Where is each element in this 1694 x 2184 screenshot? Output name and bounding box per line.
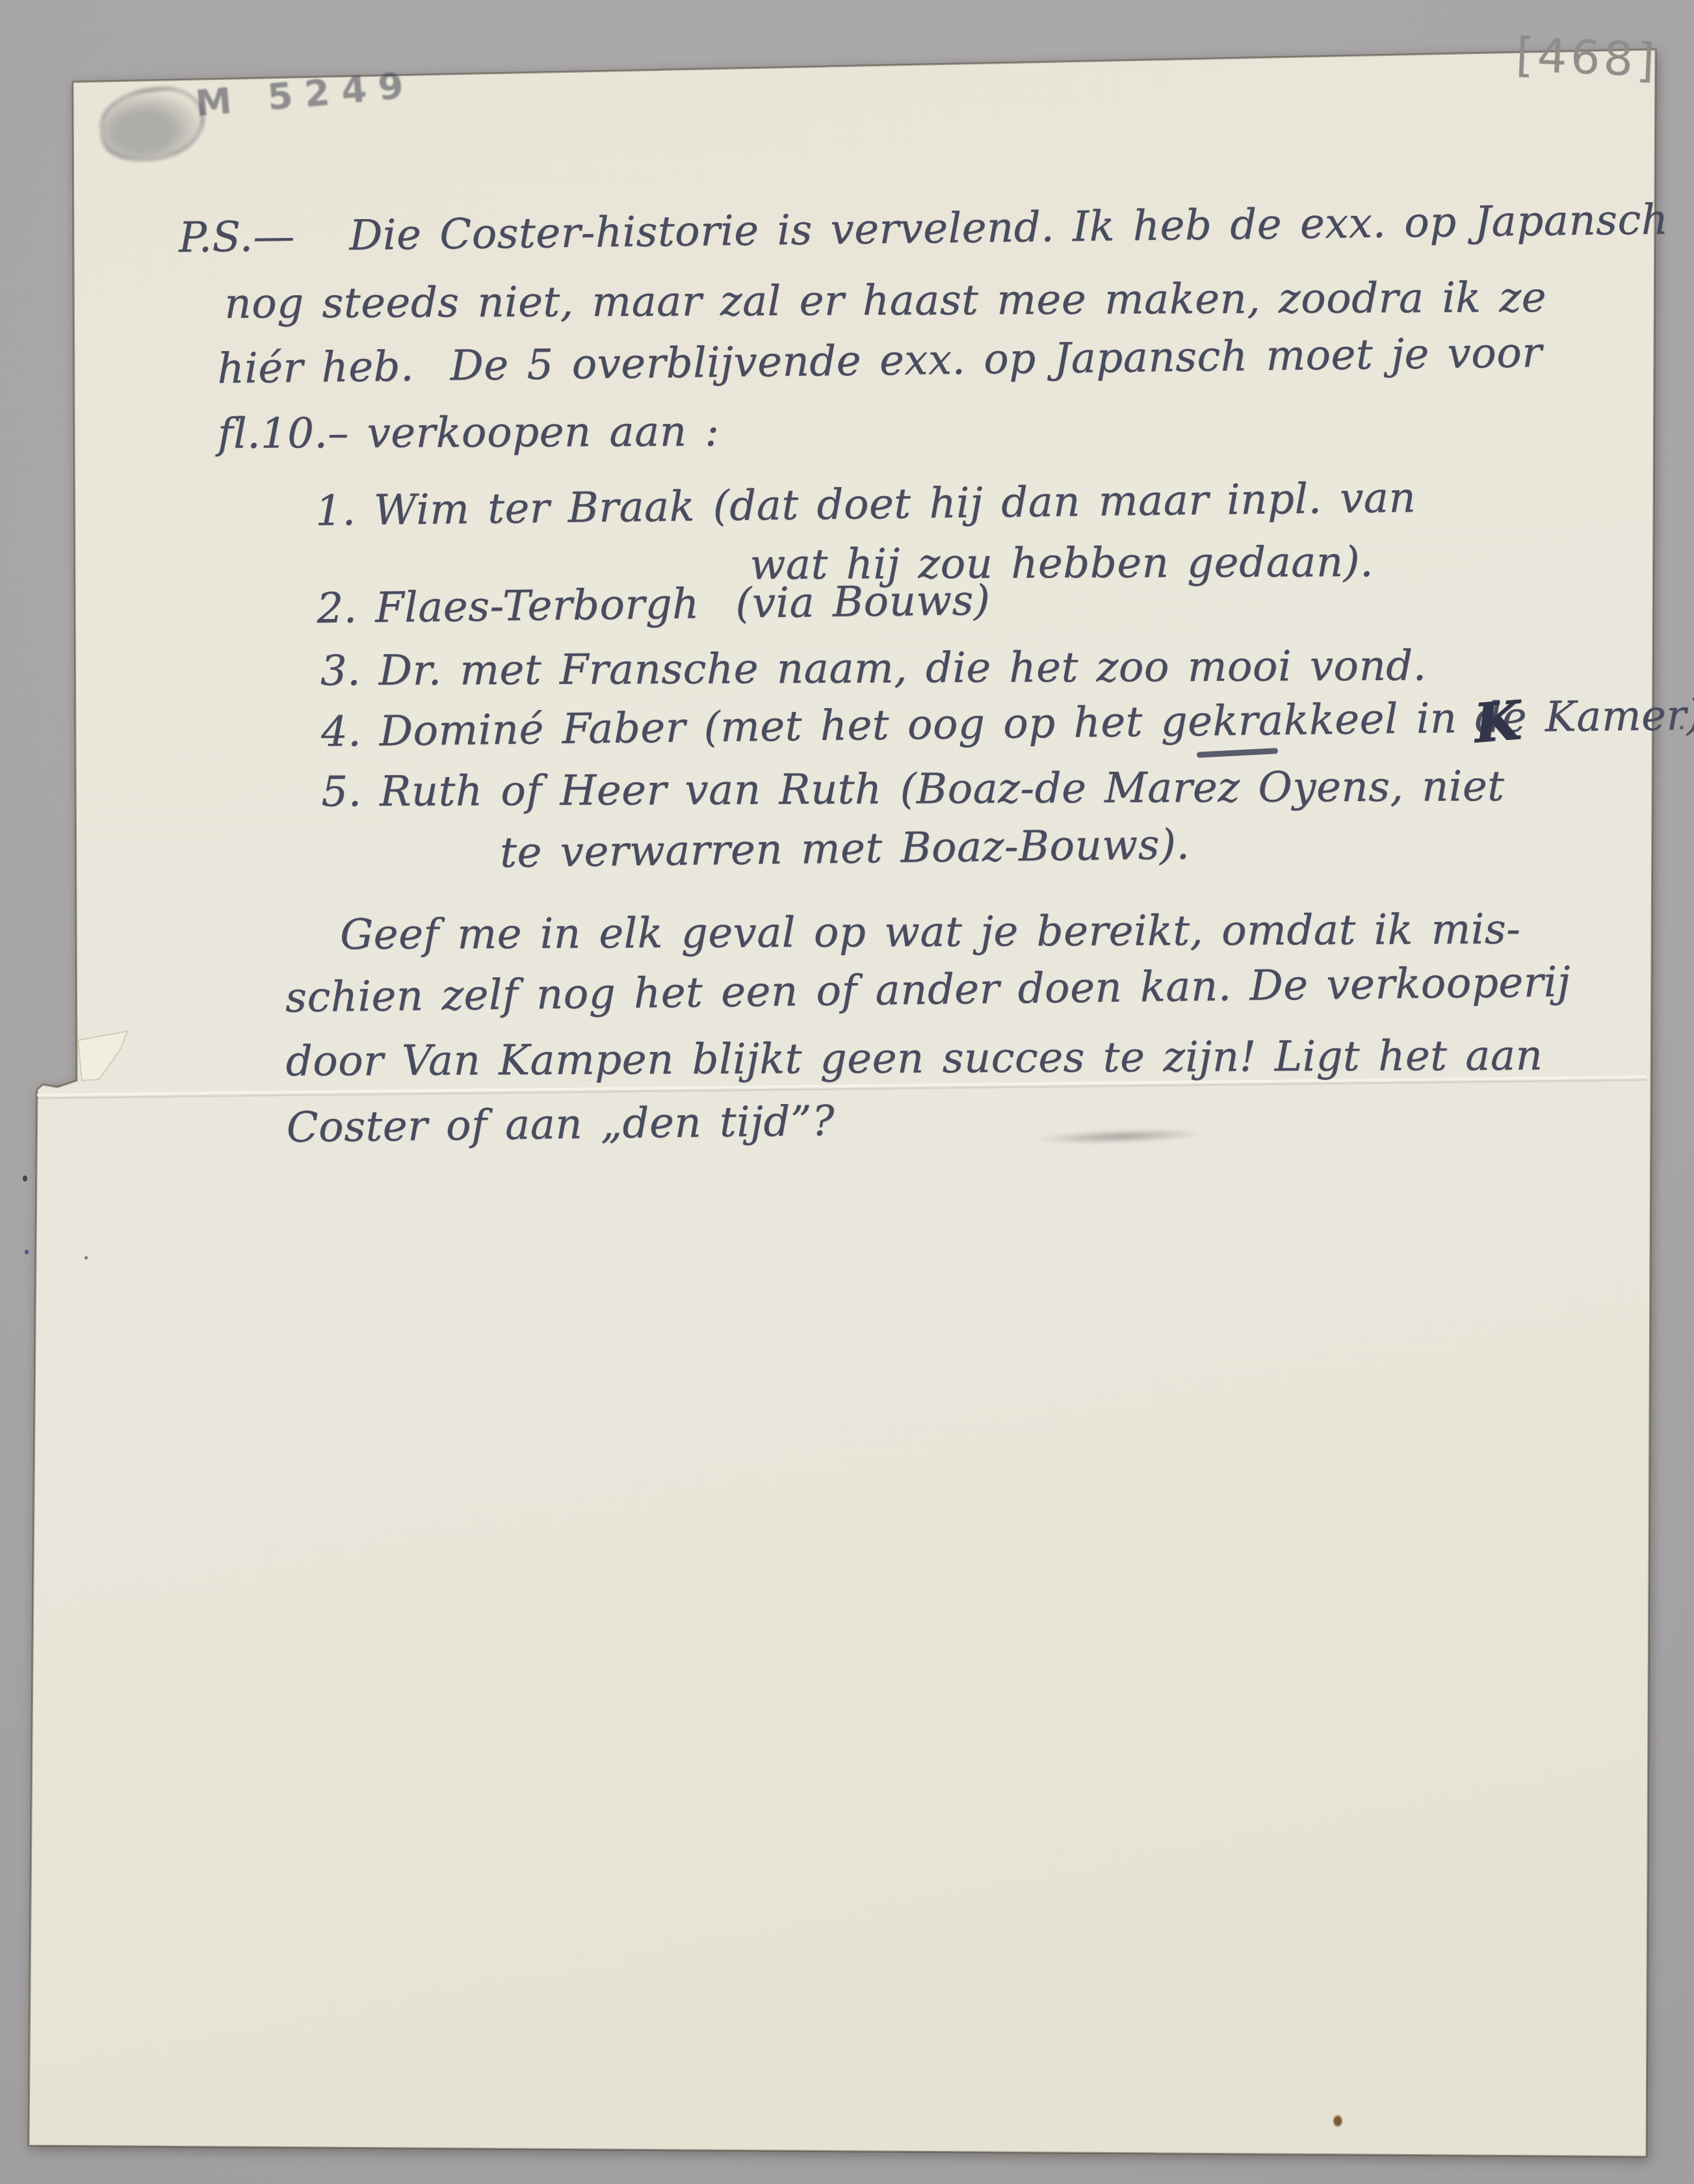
dust-speck (85, 1256, 88, 1259)
handwritten-line: hiér heb. De 5 overblijvende exx. op Jap… (217, 330, 1543, 393)
handwritten-line: 2. Flaes-Terborgh (via Bouws) (317, 577, 991, 633)
handwritten-line: schien zelf nog het een of ander doen ka… (285, 959, 1571, 1023)
dust-speck (1680, 726, 1684, 730)
handwritten-line: nog steeds niet, maar zal er haast mee m… (224, 274, 1546, 328)
handwritten-line: P.S.— Die Coster-historie is vervelend. … (178, 196, 1669, 263)
foxing-spot (1333, 2114, 1343, 2127)
handwritten-line: Geef me in elk geval op wat je bereikt, … (340, 906, 1521, 960)
handwritten-line: 3. Dr. met Fransche naam, die het zoo mo… (320, 642, 1427, 696)
overwritten-capital-k: K (1472, 689, 1523, 755)
handwritten-line: door Van Kampen blijkt geen succes te zi… (285, 1033, 1543, 1086)
handwritten-letter-text: P.S.— Die Coster-historie is vervelend. … (0, 0, 1694, 2184)
handwritten-line: Coster of aan „den tijd”? (286, 1098, 835, 1153)
handwritten-line: 5. Ruth of Heer van Ruth (Boaz-de Marez … (321, 763, 1505, 817)
handwritten-line: 1. Wim ter Braak (dat doet hij dan maar … (315, 475, 1416, 536)
dust-speck (25, 1250, 29, 1254)
dust-speck (23, 1176, 27, 1181)
handwritten-line: te verwarren met Boaz-Bouws). (500, 821, 1190, 878)
emphasis-underline-stroke (1197, 748, 1278, 757)
handwritten-line: fl.10.– verkoopen aan : (218, 408, 720, 458)
